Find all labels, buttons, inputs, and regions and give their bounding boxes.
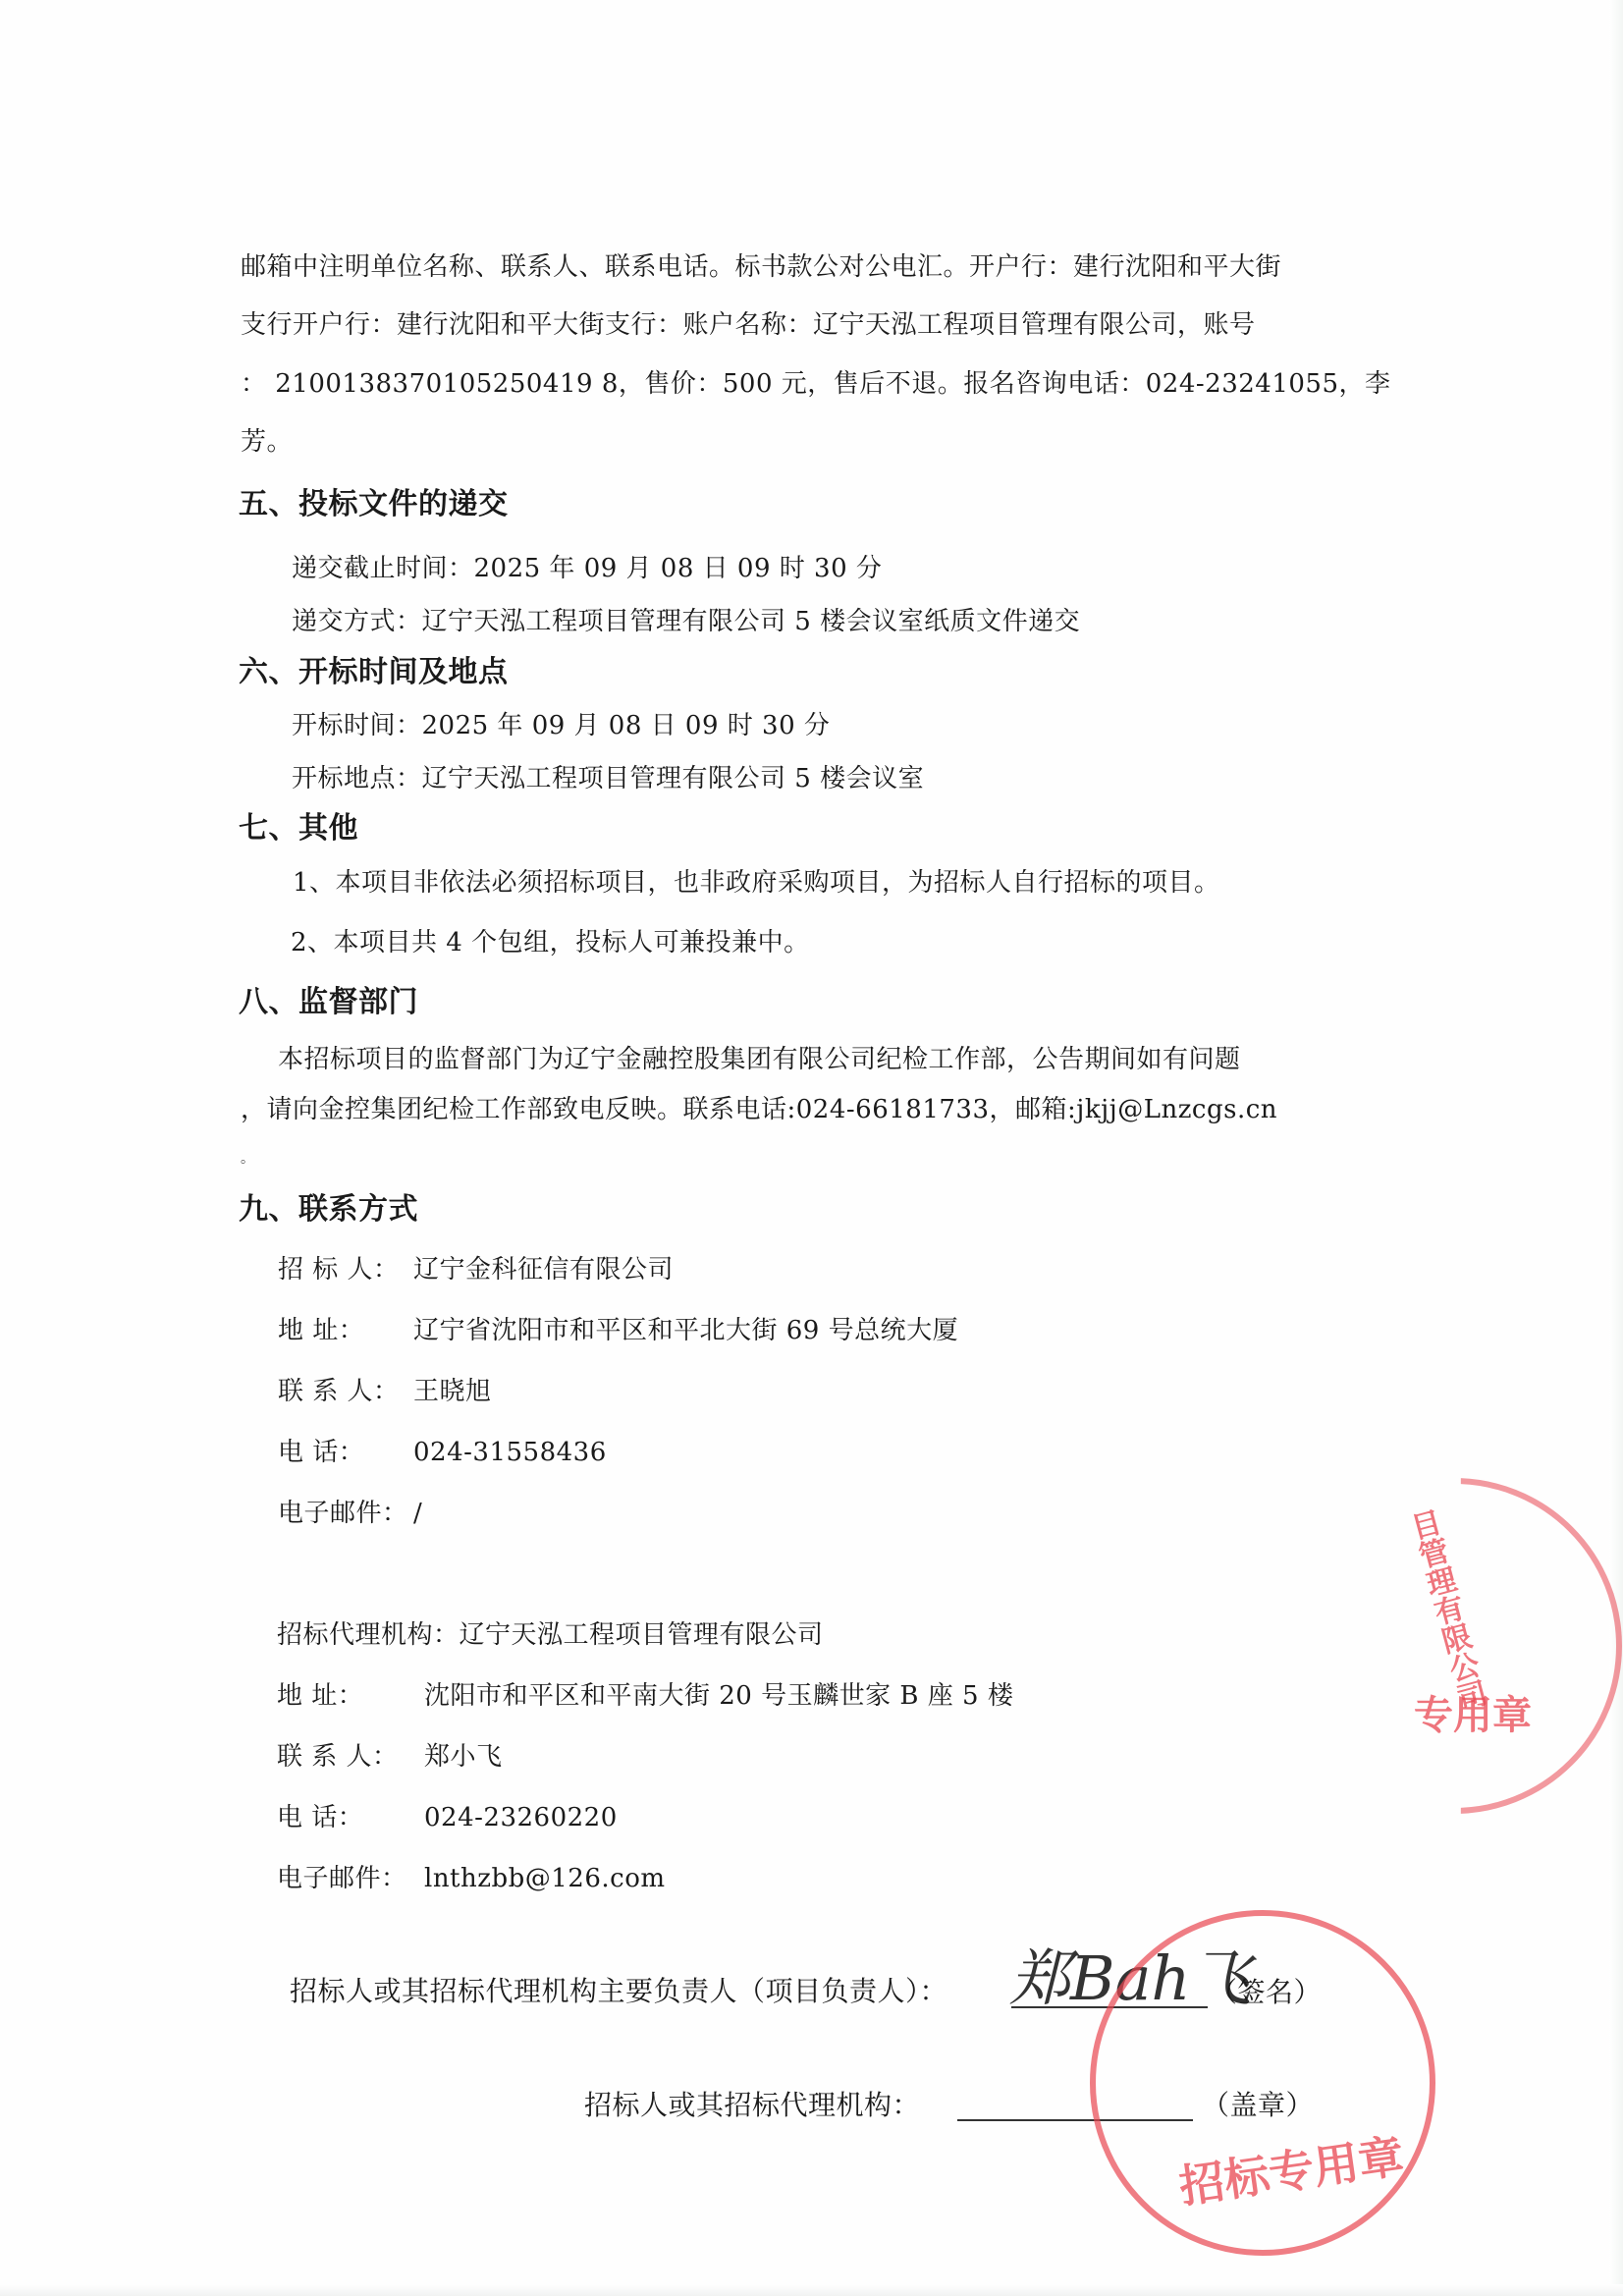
tenderer-address-row: 地 址：辽宁省沈阳市和平区和平北大街 69 号总统大厦 xyxy=(278,1314,958,1347)
organization-label: 招标人或其招标代理机构： xyxy=(584,2089,920,2122)
tenderer-phone-row: 电 话：024-31558436 xyxy=(278,1436,607,1469)
opening-time: 开标时间：2025 年 09 月 08 日 09 时 30 分 xyxy=(292,709,830,742)
agency-email-label: 电子邮件： xyxy=(277,1862,424,1895)
submission-method: 递交方式：辽宁天泓工程项目管理有限公司 5 楼会议室纸质文件递交 xyxy=(292,605,1080,638)
section-9-heading: 九、联系方式 xyxy=(239,1193,418,1227)
supervision-line-1: 本招标项目的监督部门为辽宁金融控股集团有限公司纪检工作部，公告期间如有问题 xyxy=(278,1043,1241,1076)
intro-line-3: ： 2100138370105250419 8，售价：500 元，售后不退。报名… xyxy=(241,367,1391,401)
agency-name-label: 招标代理机构： xyxy=(277,1620,460,1650)
supervision-line-2: ，请向金控集团纪检工作部致电反映。联系电话:024-66181733，邮箱:jk… xyxy=(241,1093,1277,1126)
stamp-right-center-text: 专用章 xyxy=(1414,1684,1532,1740)
tenderer-contact: 王晓旭 xyxy=(413,1377,492,1406)
agency-name: 辽宁天泓工程项目管理有限公司 xyxy=(460,1620,824,1650)
agency-address-label: 地 址： xyxy=(277,1679,424,1713)
tenderer-phone-label: 电 话： xyxy=(278,1436,413,1469)
agency-email-row: 电子邮件：lnthzbb@126.com xyxy=(277,1862,666,1895)
tenderer-email: / xyxy=(413,1499,422,1528)
agency-email: lnthzbb@126.com xyxy=(424,1864,666,1893)
tenderer-name: 辽宁金科征信有限公司 xyxy=(413,1255,674,1285)
tenderer-email-label: 电子邮件： xyxy=(278,1497,413,1530)
scan-edge-bottom xyxy=(0,2284,1623,2296)
tenderer-email-row: 电子邮件：/ xyxy=(278,1497,422,1530)
other-item-2: 2、本项目共 4 个包组，投标人可兼投兼中。 xyxy=(291,926,810,959)
agency-contact-row: 联 系 人：郑小飞 xyxy=(277,1740,503,1774)
agency-name-row: 招标代理机构：辽宁天泓工程项目管理有限公司 xyxy=(277,1618,824,1652)
supervision-line-3: 。 xyxy=(241,1142,255,1175)
scan-edge-right xyxy=(1609,0,1623,2296)
document-page: 邮箱中注明单位名称、联系人、联系电话。标书款公对公电汇。开户行：建行沈阳和平大街… xyxy=(0,0,1623,2296)
other-item-1: 1、本项目非依法必须招标项目，也非政府采购项目，为招标人自行招标的项目。 xyxy=(293,866,1220,900)
seal-line xyxy=(957,2119,1193,2121)
tenderer-phone: 024-31558436 xyxy=(413,1438,607,1467)
agency-contact: 郑小飞 xyxy=(424,1742,503,1772)
agency-phone: 024-23260220 xyxy=(424,1803,618,1832)
sign-suffix: （签名） xyxy=(1210,1976,1322,2009)
section-6-heading: 六、开标时间及地点 xyxy=(239,656,509,689)
tenderer-address-label: 地 址： xyxy=(278,1314,413,1347)
section-7-heading: 七、其他 xyxy=(239,812,358,846)
tenderer-contact-row: 联 系 人：王晓旭 xyxy=(278,1375,492,1408)
opening-place: 开标地点：辽宁天泓工程项目管理有限公司 5 楼会议室 xyxy=(292,762,924,795)
tenderer-contact-label: 联 系 人： xyxy=(278,1375,413,1408)
seal-suffix: （盖章） xyxy=(1202,2089,1314,2122)
section-8-heading: 八、监督部门 xyxy=(239,986,418,1019)
intro-line-4: 芳。 xyxy=(241,425,293,459)
submission-deadline: 递交截止时间：2025 年 09 月 08 日 09 时 30 分 xyxy=(292,552,882,585)
intro-line-1: 邮箱中注明单位名称、联系人、联系电话。标书款公对公电汇。开户行：建行沈阳和平大街 xyxy=(241,250,1281,284)
intro-line-2: 支行开户行：建行沈阳和平大街支行：账户名称：辽宁天泓工程项目管理有限公司，账号 xyxy=(241,308,1256,342)
section-5-heading: 五、投标文件的递交 xyxy=(239,488,509,521)
stamp-bottom-center-text: 招标专用章 xyxy=(1175,2120,1408,2215)
tenderer-name-row: 招 标 人：辽宁金科征信有限公司 xyxy=(278,1253,674,1286)
agency-phone-row: 电 话：024-23260220 xyxy=(277,1801,618,1834)
agency-contact-label: 联 系 人： xyxy=(277,1740,424,1774)
tenderer-address: 辽宁省沈阳市和平区和平北大街 69 号总统大厦 xyxy=(413,1316,958,1345)
agency-address: 沈阳市和平区和平南大街 20 号玉麟世家 B 座 5 楼 xyxy=(424,1681,1013,1711)
responsible-person-label: 招标人或其招标代理机构主要负责人（项目负责人）： xyxy=(290,1975,947,2008)
agency-address-row: 地 址：沈阳市和平区和平南大街 20 号玉麟世家 B 座 5 楼 xyxy=(277,1679,1013,1713)
tenderer-name-label: 招 标 人： xyxy=(278,1253,413,1286)
agency-phone-label: 电 话： xyxy=(277,1801,424,1834)
